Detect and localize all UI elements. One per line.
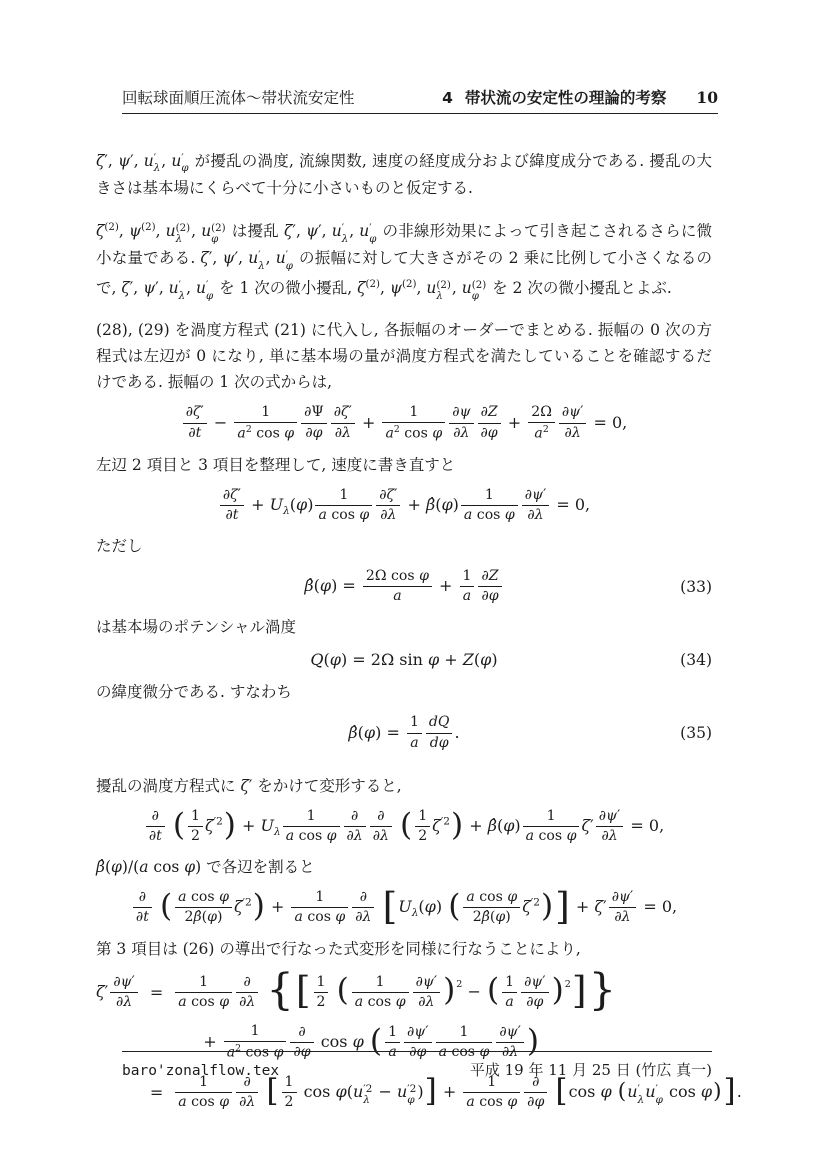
equation-body: ∂∂t (a cos φ2β̂(φ)ζ′2) + 1a cos φ∂∂λ [Uλ… xyxy=(131,897,677,916)
line-rewrite-velocity: 左辺 2 項目と 3 項目を整理して, 速度に書き直すと xyxy=(96,452,712,478)
equation-body: Q(φ) = 2Ω sin φ + Z(φ) xyxy=(310,650,497,669)
equation-body: ∂∂t (12ζ′2) + Uλ1a cos φ∂∂λ∂∂λ (12ζ′2) +… xyxy=(144,816,664,835)
line-divide-beta: β̂(φ)/(a cos φ) で各辺を割ると xyxy=(96,854,712,880)
equation-number: (35) xyxy=(680,724,712,742)
equation-rhs: 1a cos φ∂∂λ {[12 (1a cos φ∂ψ′∂λ)2 − (1a∂… xyxy=(173,968,742,1017)
date-author: 平成 19 年 11 月 25 日 (竹広 真一) xyxy=(470,1059,712,1080)
equation-body: ∂ζ′∂t − 1a2 cos φ∂Ψ∂φ∂ζ′∂λ + 1a2 cos φ∂ψ… xyxy=(181,413,628,432)
page-number: 10 xyxy=(696,88,718,107)
line-multiply-zeta: 擾乱の渦度方程式に ζ′ をかけて変形すると, xyxy=(96,773,712,799)
line-tadashi: ただし xyxy=(96,533,712,559)
equation-enstrophy: ∂∂t (12ζ′2) + Uλ1a cos φ∂∂λ∂∂λ (12ζ′2) +… xyxy=(96,809,712,844)
paragraph-second-order: ζ(2), ψ(2), u(2)λ, u(2)φ は擾乱 ζ′, ψ′, u′λ… xyxy=(96,215,712,302)
page-footer: baro'zonalflow.tex 平成 19 年 11 月 25 日 (竹広… xyxy=(122,1051,712,1080)
equation-34: Q(φ) = 2Ω sin φ + Z(φ) (34) xyxy=(96,650,712,669)
line-third-term: 第 3 項目は (26) の導出で行なった式変形を同様に行なうことにより, xyxy=(96,936,712,962)
equation-number: (33) xyxy=(680,578,712,596)
equation-velocity-form: ∂ζ′∂t + Uλ(φ)1a cos φ∂ζ′∂λ + β̂(φ)1a cos… xyxy=(96,488,712,523)
paragraph-substitution: (28), (29) を渦度方程式 (21) に代入し, 各振幅のオーダーでまと… xyxy=(96,317,712,395)
paragraph-perturbation-def: ζ′, ψ′, u′λ, u′φ が擾乱の渦度, 流線関数, 速度の経度成分およ… xyxy=(96,148,712,201)
section-number: 4 xyxy=(442,89,453,107)
line-potential-vorticity: は基本場のポテンシャル渦度 xyxy=(96,614,712,640)
equals-sign: = xyxy=(140,968,173,1017)
line-latitudinal-derivative: の緯度微分である. すなわち xyxy=(96,679,712,705)
equation-divided-form: ∂∂t (a cos φ2β̂(φ)ζ′2) + 1a cos φ∂∂λ [Uλ… xyxy=(96,890,712,925)
equation-body: β̂(φ) = 2Ω cos φa + 1a∂Z∂φ xyxy=(304,576,503,595)
section-title: 帯状流の安定性の理論的考察 xyxy=(465,86,667,108)
equation-first-order: ∂ζ′∂t − 1a2 cos φ∂Ψ∂φ∂ζ′∂λ + 1a2 cos φ∂ψ… xyxy=(96,405,712,442)
equation-35: β̂(φ) = 1adQdφ. (35) xyxy=(96,715,712,750)
equation-long-derivation: ζ′∂ψ′∂λ = 1a cos φ∂∂λ {[12 (1a cos φ∂ψ′∂… xyxy=(96,968,742,1118)
header-section: 4 帯状流の安定性の理論的考察 10 xyxy=(442,86,718,108)
source-filename: baro'zonalflow.tex xyxy=(122,1063,279,1079)
document-page: 回転球面順圧流体～帯状流安定性 4 帯状流の安定性の理論的考察 10 ζ′, ψ… xyxy=(0,0,826,1169)
equation-33: β̂(φ) = 2Ω cos φa + 1a∂Z∂φ (33) xyxy=(96,569,712,604)
equation-lhs: ζ′∂ψ′∂λ xyxy=(96,968,140,1017)
page-header: 回転球面順圧流体～帯状流安定性 4 帯状流の安定性の理論的考察 10 xyxy=(122,86,718,114)
running-title: 回転球面順圧流体～帯状流安定性 xyxy=(122,86,355,108)
equation-number: (34) xyxy=(680,651,712,669)
equation-body: β̂(φ) = 1adQdφ. xyxy=(348,723,459,742)
equation-line-1: ζ′∂ψ′∂λ = 1a cos φ∂∂λ {[12 (1a cos φ∂ψ′∂… xyxy=(96,968,742,1017)
equation-body: ∂ζ′∂t + Uλ(φ)1a cos φ∂ζ′∂λ + β̂(φ)1a cos… xyxy=(218,495,590,514)
